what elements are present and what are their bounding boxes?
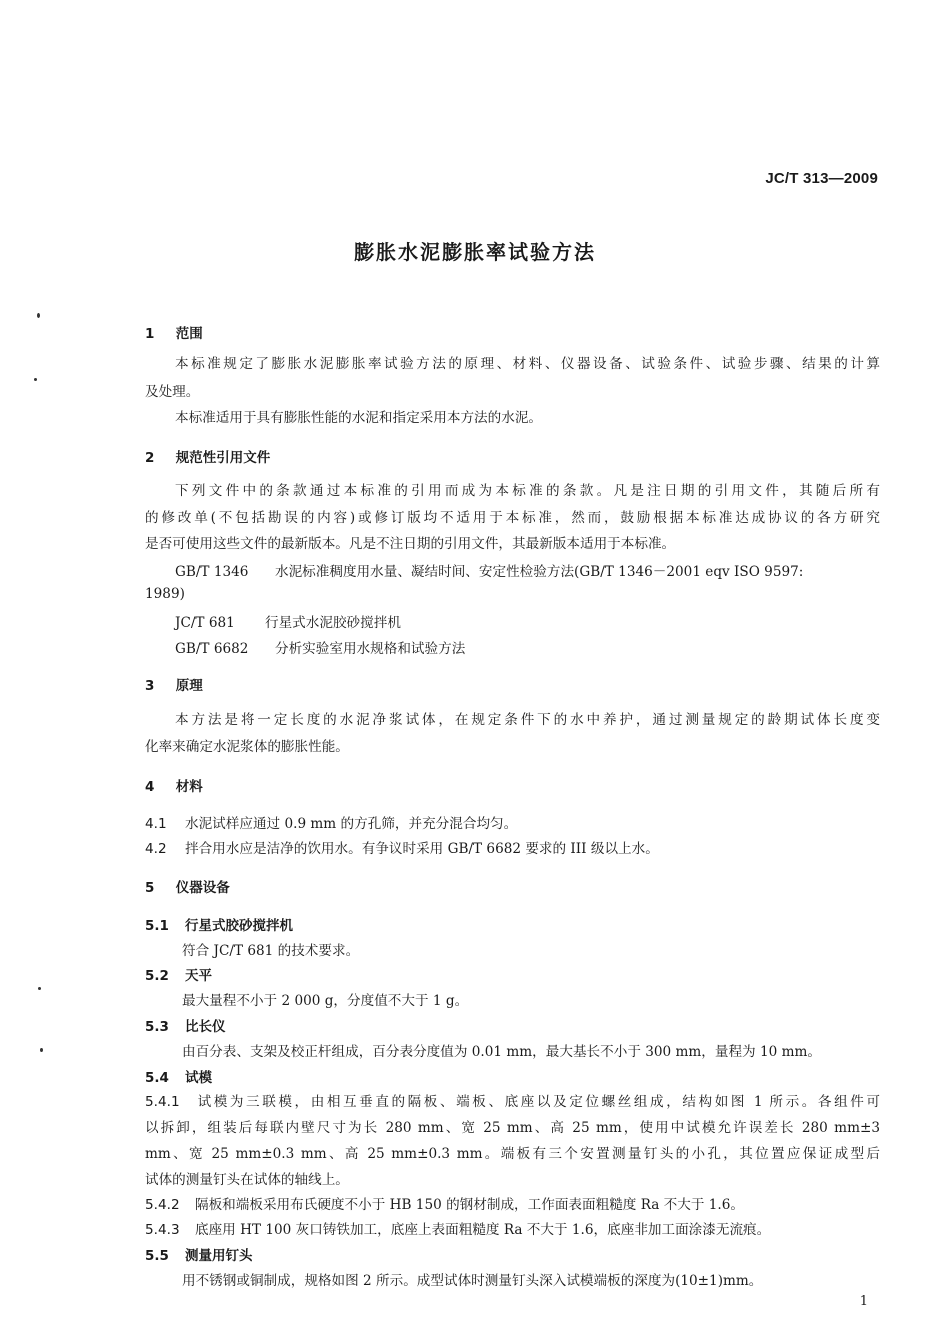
- clause-heading-5-2: 5.2天平: [145, 964, 880, 984]
- clause-body: 符合 JC/T 681 的技术要求。: [182, 939, 917, 959]
- section-heading-1: 1 范围: [145, 322, 880, 342]
- document-page: JC/T 313—2009 膨胀水泥膨胀率试验方法 1 范围 本标准规定了膨胀水…: [0, 0, 950, 1333]
- scan-speck: [34, 378, 37, 381]
- clause-5-4-2: 5.4.2隔板和端板采用布氏硬度不小于 HB 150 的钢材制成，工作面表面粗糙…: [145, 1193, 880, 1213]
- clause-body: 最大量程不小于 2 000 g，分度值不大于 1 g。: [182, 989, 917, 1009]
- reference-item: GB/T 6682分析实验室用水规格和试验方法: [175, 637, 910, 657]
- clause-heading-5-5: 5.5测量用钉头: [145, 1244, 880, 1264]
- scan-speck: [38, 987, 41, 990]
- clause-body: mm、宽 25 mm±0.3 mm、高 25 mm±0.3 mm。端板有三个安置…: [145, 1142, 880, 1162]
- paragraph: 下列文件中的条款通过本标准的引用而成为本标准的条款。凡是注日期的引用文件，其随后…: [175, 479, 880, 499]
- reference-item: JC/T 681行星式水泥胶砂搅拌机: [175, 611, 910, 631]
- clause-heading-5-4: 5.4试模: [145, 1066, 880, 1086]
- standard-code: JC/T 313—2009: [765, 170, 878, 187]
- paragraph: 本标准规定了膨胀水泥膨胀率试验方法的原理、材料、仪器设备、试验条件、试验步骤、结…: [175, 352, 880, 372]
- clause-4-2: 4.2拌合用水应是洁净的饮用水。有争议时采用 GB/T 6682 要求的 III…: [145, 837, 880, 857]
- clause-4-1: 4.1水泥试样应通过 0.9 mm 的方孔筛，并充分混合均匀。: [145, 812, 880, 832]
- reference-item-continued: 1989): [145, 586, 880, 602]
- clause-body: 以拆卸，组装后每联内壁尺寸为长 280 mm、宽 25 mm、高 25 mm，使…: [145, 1116, 880, 1136]
- paragraph: 及处理。: [145, 380, 880, 400]
- scan-speck: [40, 1048, 43, 1052]
- section-heading-3: 3 原理: [145, 674, 880, 694]
- document-title: 膨胀水泥膨胀率试验方法: [0, 236, 950, 265]
- section-heading-5: 5 仪器设备: [145, 876, 880, 896]
- section-heading-4: 4 材料: [145, 775, 880, 795]
- page-number: 1: [860, 1294, 868, 1309]
- paragraph: 本标准适用于具有膨胀性能的水泥和指定采用本方法的水泥。: [175, 406, 910, 426]
- paragraph: 化率来确定水泥浆体的膨胀性能。: [145, 735, 880, 755]
- scan-speck: [37, 313, 40, 318]
- clause-heading-5-1: 5.1行星式胶砂搅拌机: [145, 914, 880, 934]
- clause-5-4-3: 5.4.3底座用 HT 100 灰口铸铁加工，底座上表面粗糙度 Ra 不大于 1…: [145, 1218, 880, 1238]
- clause-body: 由百分表、支架及校正杆组成，百分表分度值为 0.01 mm，最大基长不小于 30…: [182, 1040, 917, 1060]
- section-heading-2: 2 规范性引用文件: [145, 446, 880, 466]
- paragraph: 的修改单(不包括勘误的内容)或修订版均不适用于本标准，然而，鼓励根据本标准达成协…: [145, 506, 880, 526]
- reference-item: GB/T 1346水泥标准稠度用水量、凝结时间、安定性检验方法(GB/T 134…: [175, 560, 910, 580]
- clause-heading-5-3: 5.3比长仪: [145, 1015, 880, 1035]
- clause-body: 试体的测量钉头在试体的轴线上。: [145, 1168, 880, 1188]
- clause-body: 用不锈钢或铜制成，规格如图 2 所示。成型试体时测量钉头深入试模端板的深度为(1…: [182, 1269, 917, 1289]
- paragraph: 本方法是将一定长度的水泥净浆试体，在规定条件下的水中养护，通过测量规定的龄期试体…: [175, 708, 880, 728]
- clause-5-4-1: 5.4.1试模为三联模，由相互垂直的隔板、端板、底座以及定位螺丝组成，结构如图 …: [145, 1090, 880, 1110]
- paragraph: 是否可使用这些文件的最新版本。凡是不注日期的引用文件，其最新版本适用于本标准。: [145, 532, 880, 552]
